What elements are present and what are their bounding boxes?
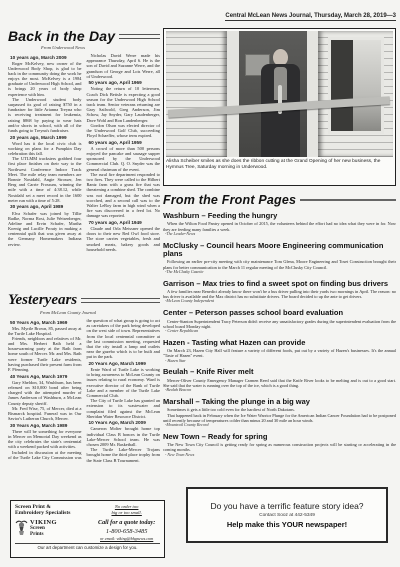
back-in-the-day-title: Back in the Day — [8, 28, 115, 44]
era-heading: 30 Years Ago, March 1989 — [10, 423, 82, 429]
era-paragraph: Roger McKelvey, new owner of the Underwo… — [8, 61, 82, 97]
brief-source: - Center Republican — [163, 329, 396, 334]
brief-body: The New Town City Council is getting rea… — [163, 442, 396, 452]
brief-garrison: Garrison – Max tries to find a sweet spo… — [163, 280, 396, 305]
back-in-the-day-subtitle: From Underwood News — [8, 45, 118, 50]
viking-mascot-icon — [15, 520, 28, 536]
era-paragraph: Mrs. Myrtle Brown, 85, passed away at th… — [8, 326, 82, 336]
quote-line: Call for a quote today: — [93, 519, 160, 526]
era-paragraph: The UTLMM tracksters grabbed four first … — [8, 156, 82, 203]
section-back-in-the-day: Back in the Day From Underwood News 10 y… — [8, 28, 160, 290]
era-heading: 30 years ago, April 1989 — [10, 204, 82, 210]
era-paragraph: A crowd of more than 500 persons enjoyed… — [87, 146, 161, 172]
era-paragraph: Ernie Ward of Turtle Lake is working to … — [87, 367, 161, 398]
photo-window-curtain — [353, 40, 380, 131]
era-heading: 10 years ago, March 2009 — [10, 55, 82, 61]
era-paragraph: The Turtle Lake-Mercer Trojans brought h… — [87, 447, 161, 463]
title-divider — [81, 298, 160, 303]
front-pages-titlerow: From the Front Pages — [163, 193, 396, 207]
brief-heading: Washburn – Feeding the hungry — [163, 212, 396, 220]
era-heading: 60 years ago, April 1959 — [89, 140, 161, 146]
brief-source: - New Town News — [163, 453, 396, 458]
brief-marshall: Marshall – Taking the plunge in a big wa… — [163, 398, 396, 428]
photo-door-jamb-left — [227, 31, 238, 157]
viking-ad-right: No order too big or too small. Call for … — [93, 504, 160, 541]
phone-number: 1-800-658-3485 — [93, 528, 160, 535]
brief-heading: Center – Peterson passes school board ev… — [163, 309, 396, 317]
era-paragraph: The Underwood student body surpassed its… — [8, 97, 82, 133]
story-idea-box: Do you have a terrific feature story ide… — [186, 487, 388, 543]
era-paragraph: The City of Turtle Lake has granted an e… — [87, 398, 161, 419]
era-paragraph: Noting the return of 10 lettermen, Coach… — [87, 86, 161, 122]
newspaper-page: Central McLean News Journal, Thursday, M… — [0, 0, 400, 567]
back-in-the-day-titlerow: Back in the Day — [8, 28, 160, 44]
front-pages-title: From the Front Pages — [163, 193, 296, 207]
story-idea-line2: Contact Sooz at 442-5349 — [259, 513, 315, 518]
era-paragraph: Gordon Olson was elected director of the… — [87, 123, 161, 139]
viking-screen-prints-ad: Screen Print & Embroidery Specialists VI… — [10, 500, 165, 558]
photo-caption: Alisha Scheiber smiles as she does the r… — [166, 159, 393, 171]
section-front-pages: From the Front Pages Washburn – Feeding … — [163, 193, 396, 481]
viking-ad-left: Screen Print & Embroidery Specialists VI… — [15, 504, 90, 541]
brief-washburn: Washburn – Feeding the hungry When the W… — [163, 212, 396, 237]
brief-heading: New Town – Ready for spring — [163, 433, 396, 441]
brief-center: Center – Peterson passes school board ev… — [163, 309, 396, 334]
era-paragraph: Gary Sheldon, 34, Washburn, has been rel… — [8, 380, 82, 406]
era-paragraph: There will be something for everyone in … — [8, 429, 82, 450]
yesteryears-titlerow: Yesteryears — [8, 292, 160, 309]
brief-heading: Beulah – Knife River melt — [163, 368, 396, 376]
viking-ad-columns: Screen Print & Embroidery Specialists VI… — [15, 504, 160, 541]
era-heading: 70 years ago, April 1949 — [89, 220, 161, 226]
viking-ad-footer: Our art department can customize a desig… — [15, 543, 160, 550]
era-heading: 50 Years Ago, March 1969 — [10, 320, 82, 326]
photo-left-siding — [166, 31, 227, 157]
era-paragraph: Elva Schafer was joined by Tillie Radke,… — [8, 211, 82, 247]
era-paragraph: Mr. Fred Wise, 75, of Mercer, died at a … — [8, 406, 82, 422]
back-in-the-day-columns: 10 years ago, March 2009 Roger McKelvey,… — [8, 53, 160, 252]
viking-ad-title-line2: Embroidery Specialists — [15, 510, 90, 516]
era-paragraph: The rural fire department responded to t… — [87, 172, 161, 219]
brief-body: When the Wilton Food Pantry opened in Oc… — [163, 221, 396, 231]
story-idea-line3: Help make this YOUR newspaper! — [227, 520, 347, 529]
viking-logo: VIKING Screen Prints — [15, 519, 90, 538]
era-heading: 20 years ago, March 1999 — [10, 135, 82, 141]
brief-source: -The Leader-News — [163, 232, 396, 237]
brief-heading: Marshall – Taking the plunge in a big wa… — [163, 398, 396, 406]
title-divider — [119, 34, 160, 39]
brief-heading: Garrison – Max tries to find a sweet spo… — [163, 280, 396, 288]
photo-door-jamb-right — [307, 31, 318, 157]
era-heading: 20 Years Ago, March 1999 — [89, 361, 161, 367]
masthead: Central McLean News Journal, Thursday, M… — [225, 13, 396, 21]
era-heading: 10 Years Ago, March 2009 — [89, 420, 161, 426]
era-heading: 40 Years Ago, March 1979 — [10, 374, 82, 380]
brief-beulah: Beulah – Knife River melt Mercer-Oliver … — [163, 368, 396, 393]
viking-logo-text: VIKING Screen Prints — [30, 519, 57, 538]
ribbon-cutting-photo — [166, 31, 393, 157]
brief-source: -Mountrail County Record — [163, 423, 396, 428]
story-idea-line1: Do you have a terrific feature story ide… — [210, 501, 363, 511]
brief-mcclusky: McClusky – Council hears Moore Engineeri… — [163, 242, 396, 275]
era-heading: 50 years ago, April 1969 — [89, 80, 161, 86]
brief-source: -The McClusky Gazette — [163, 270, 396, 275]
brief-body: Mercer-Oliver County Emergency Manager C… — [163, 378, 396, 388]
era-paragraph: Word has it the local civic club is work… — [8, 141, 82, 157]
photo-frame: Alisha Scheiber smiles as she does the r… — [163, 28, 396, 186]
section-yesteryears: Yesteryears From McLean County Journal 5… — [8, 292, 160, 496]
viking-logo-line3: Prints — [30, 532, 57, 538]
brief-source: - Hazen Star — [163, 359, 396, 364]
yesteryears-title: Yesteryears — [8, 292, 77, 309]
photo-window — [328, 37, 384, 134]
title-divider — [300, 199, 396, 201]
brief-heading: McClusky – Council hears Moore Engineeri… — [163, 242, 396, 259]
brief-source: -Beulah Beacon — [163, 388, 396, 393]
brief-source: -McLean County Independent — [163, 299, 396, 304]
yesteryears-columns: 50 Years Ago, March 1969 Mrs. Myrtle Bro… — [8, 318, 160, 496]
era-paragraph: Nicholas David Werre made his appearance… — [87, 53, 161, 79]
brief-new-town: New Town – Ready for spring The New Town… — [163, 433, 396, 458]
era-paragraph: Friends, neighbors and relatives of Mr. … — [8, 336, 82, 372]
brief-heading: Hazen - Tasting what Hazen can provide — [163, 339, 396, 347]
era-paragraph: Claude and Orla Meissner opened the door… — [87, 226, 161, 252]
no-order-line2: big or too small. — [93, 510, 160, 516]
brief-body: On March 23, Hazen City Hall will featur… — [163, 348, 396, 358]
brief-hazen: Hazen - Tasting what Hazen can provide O… — [163, 339, 396, 364]
yesteryears-subtitle: From McLean County Journal — [8, 310, 128, 315]
email-line: or email: viking@bhgnews.com — [93, 536, 160, 541]
era-paragraph: Cameron Molter brought home top individu… — [87, 426, 161, 447]
